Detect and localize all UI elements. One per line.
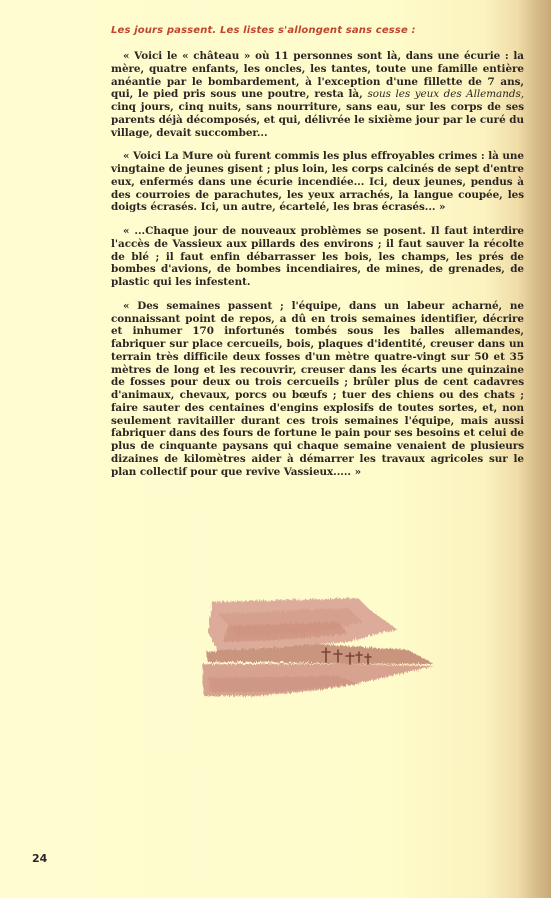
watercolor-crosses-icon [198, 592, 438, 704]
body-text: « Voici le « château » où 11 personnes s… [111, 50, 524, 489]
paragraph-chateau: « Voici le « château » où 11 personnes s… [111, 50, 524, 139]
paragraph-text: cinq jours, cinq nuits, sans nourriture,… [111, 101, 524, 139]
paragraph-semaines: « Des semaines passent ; l'équipe, dans … [111, 300, 524, 479]
document-page: Les jours passent. Les listes s'allongen… [0, 0, 551, 898]
italic-phrase: sous les yeux des Allemands, [368, 88, 524, 100]
paragraph-problemes: « ...Chaque jour de nouveaux problèmes s… [111, 225, 524, 289]
page-number: 24 [32, 852, 47, 865]
section-heading: Les jours passent. Les listes s'allongen… [111, 25, 531, 36]
crosses-illustration [198, 592, 438, 704]
paragraph-la-mure: « Voici La Mure où furent commis les plu… [111, 150, 524, 214]
